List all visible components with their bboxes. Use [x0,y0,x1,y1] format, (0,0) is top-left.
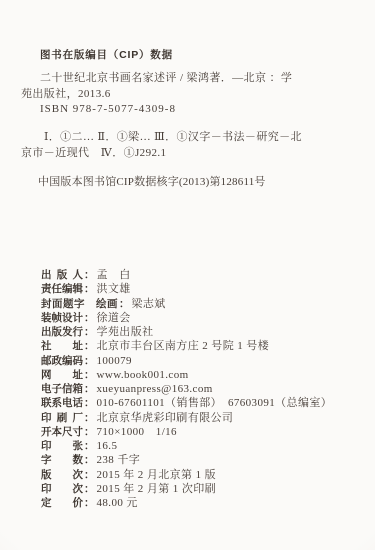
field-value: 100079 [97,355,132,367]
cip-title-line-2: 苑出版社，2013.6 [21,87,111,102]
field-label: 责任编辑 [41,282,83,296]
field-value: 48.00 元 [97,497,138,509]
field-label: 装帧设计 [41,311,83,325]
field-label: 出版发行 [41,325,83,339]
field-label: 印刷厂 [41,411,83,425]
colon-separator: ： [83,412,97,424]
colophon-row-wordcount: 字数：238 千字 [41,453,365,467]
cip-title-line-1: 二十世纪北京书画名家述评 / 梁鸿著．—北京 ：学 [40,71,292,86]
colophon-row-design: 装帧设计：徐道会 [41,311,365,325]
colon-separator: ： [83,426,97,438]
field-label: 封面题字 绘画 [41,297,118,311]
colophon-row-cover-art: 封面题字 绘画：梁志斌 [41,297,365,311]
field-value: 238 千字 [97,454,141,466]
field-label: 联系电话 [41,396,83,410]
field-value: 梁志斌 [132,298,166,310]
cip-isbn-line: ISBN 978-7-5077-4309-8 [40,102,176,117]
field-value: 学苑出版社 [97,326,154,338]
colon-separator: ： [83,269,97,281]
cip-record-number-line: 中国版本图书馆CIP数据核字(2013)第128611号 [38,175,266,190]
field-label: 出版人 [41,268,83,282]
field-label: 字数 [41,453,83,467]
colon-separator: ： [83,397,97,409]
field-value: xueyuanpress@163.com [97,383,213,395]
field-label: 网址 [41,368,83,382]
field-value: 16.5 [97,440,118,452]
colophon-row-sheets: 印张：16.5 [41,439,365,453]
colophon-row-printing: 印次：2015 年 2 月第 1 次印刷 [41,482,365,496]
field-value: 2015 年 2 月北京第 1 版 [97,469,217,481]
field-value: 徐道会 [97,312,131,324]
field-label: 开本尺寸 [41,425,83,439]
colon-separator: ： [83,283,97,295]
colophon-row-address: 社址：北京市丰台区南方庄 2 号院 1 号楼 [41,339,365,353]
cip-classification-line-1: Ⅰ．①二… Ⅱ．①梁… Ⅲ．①汉字－书法－研究－北 [44,130,302,145]
field-value: 北京京华虎彩印刷有限公司 [97,412,234,424]
colon-separator: ： [83,469,97,481]
field-label: 版次 [41,468,83,482]
colon-separator: ： [83,326,97,338]
colophon-row-publisher-person: 出版人：孟 白 [41,268,365,282]
colon-separator: ： [83,383,97,395]
colon-separator: ： [118,298,132,310]
colon-separator: ： [83,369,97,381]
field-label: 邮政编码 [41,354,83,368]
field-label: 电子信箱 [41,382,83,396]
colon-separator: ： [83,355,97,367]
field-value: 2015 年 2 月第 1 次印刷 [97,483,217,495]
colon-separator: ： [83,497,97,509]
colophon-row-website: 网址：www.book001.com [41,368,365,382]
colophon-row-editor: 责任编辑：洪文雄 [41,282,365,296]
field-label: 社址 [41,339,83,353]
field-label: 定价 [41,496,83,510]
colophon-row-email: 电子信箱：xueyuanpress@163.com [41,382,365,396]
field-value: 010-67601101（销售部） 67603091（总编室） [97,397,333,409]
colophon-row-phone: 联系电话：010-67601101（销售部） 67603091（总编室） [41,396,365,410]
field-value: 孟 白 [97,269,131,281]
field-value: 710×1000 1/16 [97,426,177,438]
colophon-row-postcode: 邮政编码：100079 [41,354,365,368]
colophon-row-price: 定价：48.00 元 [41,496,365,510]
colophon-row-edition: 版次：2015 年 2 月北京第 1 版 [41,468,365,482]
colophon-row-publisher: 出版发行：学苑出版社 [41,325,365,339]
cip-heading: 图书在版编目（CIP）数据 [40,48,173,63]
colon-separator: ： [83,440,97,452]
field-label: 印次 [41,482,83,496]
colon-separator: ： [83,483,97,495]
colon-separator: ： [83,340,97,352]
cip-classification-line-2: 京市－近现代 Ⅳ．①J292.1 [21,146,166,161]
colophon-row-format: 开本尺寸：710×1000 1/16 [41,425,365,439]
colophon-section: 出版人：孟 白 责任编辑：洪文雄 封面题字 绘画：梁志斌 装帧设计：徐道会 出版… [41,268,365,510]
book-imprint-page: 图书在版编目（CIP）数据 二十世纪北京书画名家述评 / 梁鸿著．—北京 ：学 … [0,0,375,550]
field-value: www.book001.com [97,369,189,381]
colophon-row-printer: 印刷厂：北京京华虎彩印刷有限公司 [41,411,365,425]
colon-separator: ： [83,312,97,324]
colon-separator: ： [83,454,97,466]
field-value: 洪文雄 [97,283,131,295]
field-label: 印张 [41,439,83,453]
field-value: 北京市丰台区南方庄 2 号院 1 号楼 [97,340,270,352]
